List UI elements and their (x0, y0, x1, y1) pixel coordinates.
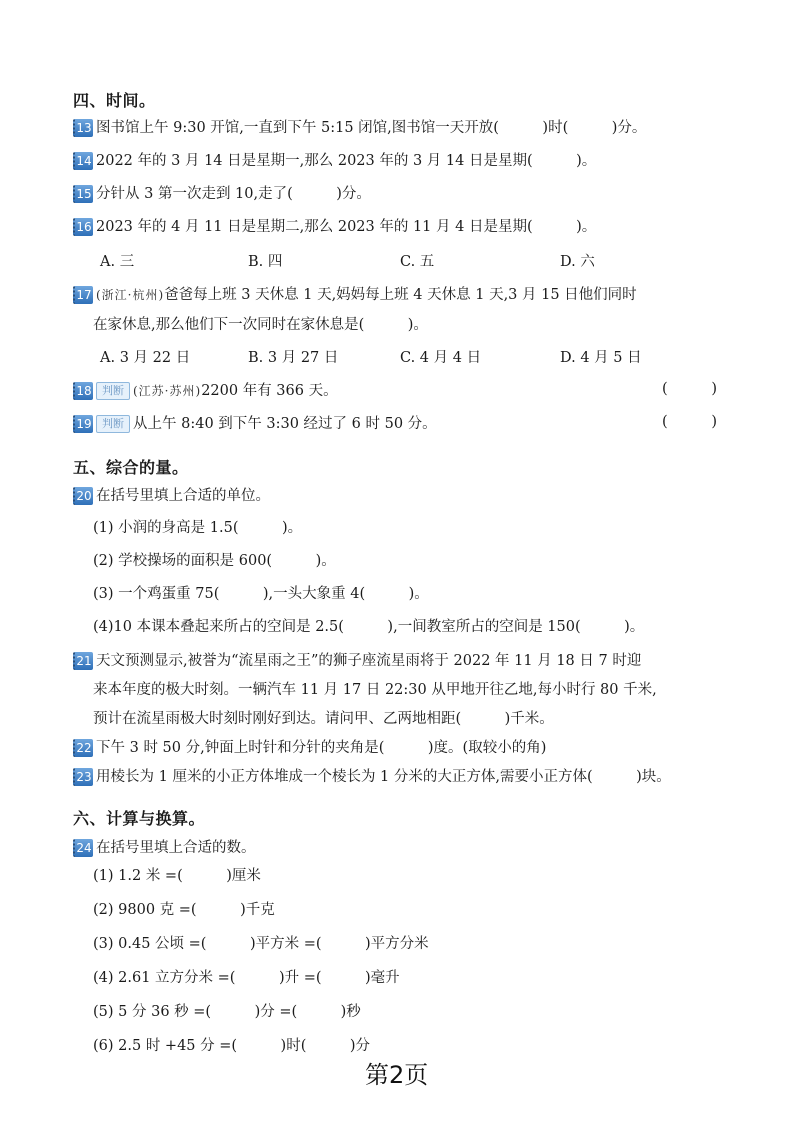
question-text: 2023 年的 4 月 11 日是星期二,那么 2023 年的 11 月 4 日… (96, 217, 596, 237)
question-14: 14 2022 年的 3 月 14 日是星期一,那么 2023 年的 3 月 1… (73, 151, 596, 171)
question-23: 23 用棱长为 1 厘米的小正方体堆成一个棱长为 1 分米的大正方体,需要小正方… (73, 767, 671, 787)
paren-open: ( (662, 414, 668, 430)
question-text: 2022 年的 3 月 14 日是星期一,那么 2023 年的 3 月 14 日… (96, 151, 596, 171)
question-17: 17 (浙江·杭州) 爸爸每上班 3 天休息 1 天,妈妈每上班 4 天休息 1… (73, 285, 637, 305)
option-d: D. 六 (560, 250, 595, 271)
question-number-badge: 13 (73, 119, 93, 137)
sub-item: (3) 0.45 公顷 =( )平方米 =( )平方分米 (93, 934, 429, 954)
question-text: 在括号里填上合适的单位。 (96, 486, 270, 506)
question-21: 21 天文预测显示,被誉为“流星雨之王”的狮子座流星雨将于 2022 年 11 … (73, 651, 641, 671)
option-c: C. 五 (400, 250, 434, 271)
question-text: 图书馆上午 9:30 开馆,一直到下午 5:15 闭馆,图书馆一天开放( )时(… (96, 118, 646, 138)
question-text: 从上午 8:40 到下午 3:30 经过了 6 时 50 分。 (133, 414, 437, 434)
section-title-calculation: 六、计算与换算。 (73, 806, 205, 829)
answer-blank[interactable]: ( ) (662, 414, 717, 430)
question-24: 24 在括号里填上合适的数。 (73, 838, 256, 858)
question-number-badge: 18 (73, 382, 93, 400)
question-number-badge: 17 (73, 286, 93, 304)
question-number-badge: 20 (73, 487, 93, 505)
question-text: 用棱长为 1 厘米的小正方体堆成一个棱长为 1 分米的大正方体,需要小正方体( … (96, 767, 671, 787)
sub-item: (1) 小润的身高是 1.5( )。 (93, 518, 302, 538)
question-16: 16 2023 年的 4 月 11 日是星期二,那么 2023 年的 11 月 … (73, 217, 596, 237)
paren-open: ( (662, 381, 668, 397)
question-text: 爸爸每上班 3 天休息 1 天,妈妈每上班 4 天休息 1 天,3 月 15 日… (164, 285, 637, 305)
answer-blank[interactable]: ( ) (662, 381, 717, 397)
question-18: 18 判断 (江苏·苏州) 2200 年有 366 天。 (73, 381, 338, 401)
option-a: A. 3 月 22 日 (100, 346, 190, 367)
paren-close: ) (711, 414, 717, 430)
sub-item: (6) 2.5 时 +45 分 =( )时( )分 (93, 1036, 370, 1056)
question-text: 下午 3 时 50 分,钟面上时针和分针的夹角是( )度。(取较小的角) (96, 738, 546, 758)
sub-item: (4) 2.61 立方分米 =( )升 =( )毫升 (93, 968, 400, 988)
question-19: 19 判断 从上午 8:40 到下午 3:30 经过了 6 时 50 分。 (73, 414, 437, 434)
option-a: A. 三 (100, 250, 134, 271)
sub-item: (5) 5 分 36 秒 =( )分 =( )秒 (93, 1002, 361, 1022)
page-number: 第2页 (365, 1055, 428, 1090)
question-number-badge: 21 (73, 652, 93, 670)
sub-item: (3) 一个鸡蛋重 75( ),一头大象重 4( )。 (93, 584, 429, 604)
region-label: (江苏·苏州) (133, 381, 201, 401)
judge-tag: 判断 (96, 382, 130, 400)
paren-close: ) (711, 381, 717, 397)
question-17-continued: 在家休息,那么他们下一次同时在家休息是( )。 (93, 315, 428, 335)
question-number-badge: 16 (73, 218, 93, 236)
option-c: C. 4 月 4 日 (400, 346, 481, 367)
question-text: 分针从 3 第一次走到 10,走了( )分。 (96, 184, 371, 204)
option-b: B. 3 月 27 日 (248, 346, 338, 367)
sub-item: (4)10 本课本叠起来所占的空间是 2.5( ),一间教室所占的空间是 150… (93, 617, 644, 637)
question-number-badge: 15 (73, 185, 93, 203)
sub-item: (2) 9800 克 =( )千克 (93, 900, 275, 920)
question-21-continued: 预计在流星雨极大时刻时刚好到达。请问甲、乙两地相距( )千米。 (93, 709, 554, 729)
region-label: (浙江·杭州) (96, 285, 164, 305)
option-d: D. 4 月 5 日 (560, 346, 642, 367)
section-title-quantities: 五、综合的量。 (73, 455, 189, 478)
judge-tag: 判断 (96, 415, 130, 433)
question-number-badge: 22 (73, 739, 93, 757)
question-number-badge: 23 (73, 768, 93, 786)
question-21-continued: 来本年度的极大时刻。一辆汽车 11 月 17 日 22:30 从甲地开往乙地,每… (93, 680, 657, 700)
sub-item: (2) 学校操场的面积是 600( )。 (93, 551, 336, 571)
question-number-badge: 19 (73, 415, 93, 433)
question-22: 22 下午 3 时 50 分,钟面上时针和分针的夹角是( )度。(取较小的角) (73, 738, 546, 758)
question-text: 天文预测显示,被誉为“流星雨之王”的狮子座流星雨将于 2022 年 11 月 1… (96, 651, 641, 671)
question-text: 在括号里填上合适的数。 (96, 838, 256, 858)
section-title-time: 四、时间。 (73, 88, 156, 111)
question-text: 2200 年有 366 天。 (201, 381, 337, 401)
worksheet-page: 四、时间。 13 图书馆上午 9:30 开馆,一直到下午 5:15 闭馆,图书馆… (0, 0, 793, 1122)
question-number-badge: 14 (73, 152, 93, 170)
sub-item: (1) 1.2 米 =( )厘米 (93, 866, 261, 886)
question-15: 15 分针从 3 第一次走到 10,走了( )分。 (73, 184, 371, 204)
question-20: 20 在括号里填上合适的单位。 (73, 486, 270, 506)
option-b: B. 四 (248, 250, 282, 271)
question-number-badge: 24 (73, 839, 93, 857)
question-13: 13 图书馆上午 9:30 开馆,一直到下午 5:15 闭馆,图书馆一天开放( … (73, 118, 646, 138)
